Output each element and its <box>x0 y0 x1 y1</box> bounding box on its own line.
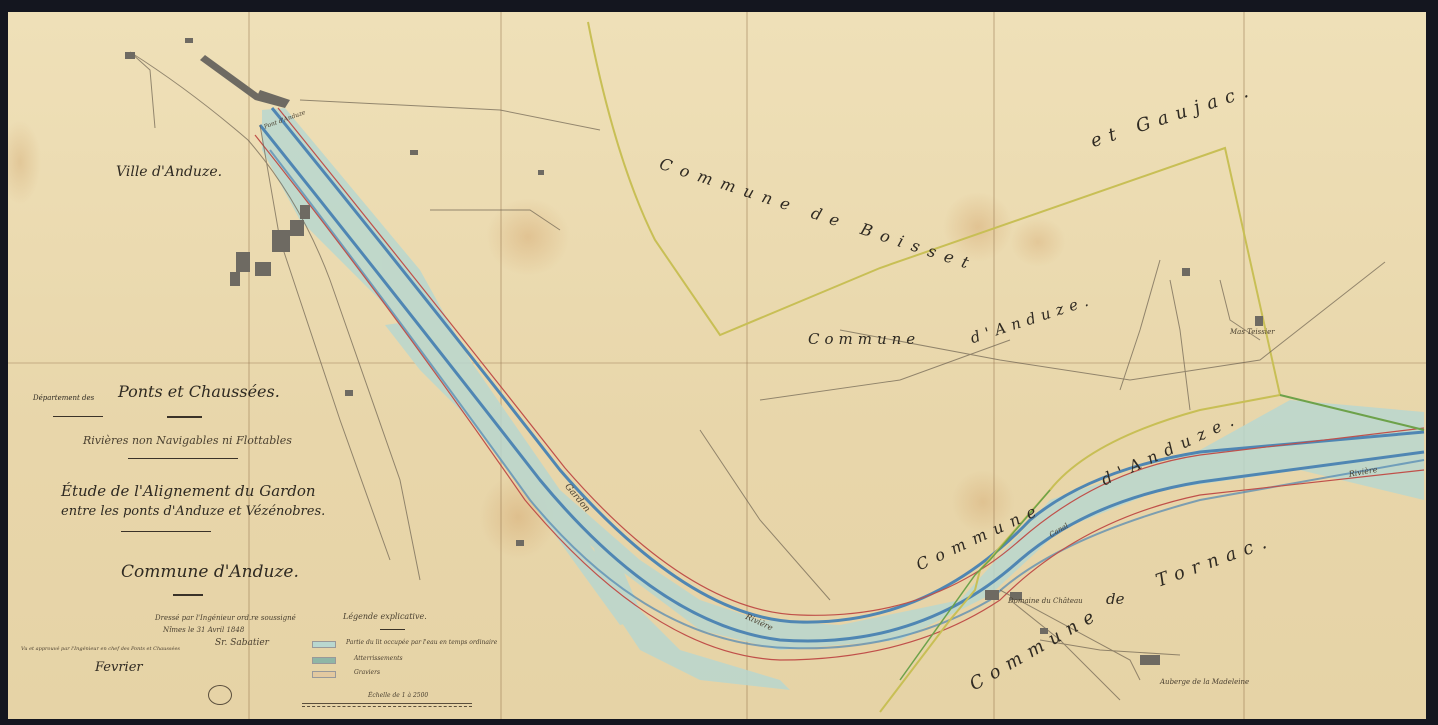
label-commune-anduze-north: Commune <box>808 330 920 348</box>
legend-swatch-graviers <box>312 671 336 678</box>
approval-signature: Fevrier <box>95 660 143 675</box>
divider <box>173 594 203 596</box>
label-auberge: Auberge de la Madeleine <box>1160 678 1249 686</box>
map-paper: Ville d'Anduze. Commune de Boisset et Ga… <box>8 12 1426 719</box>
scale-label: Échelle de 1 à 2500 <box>368 692 428 699</box>
commune-title: Commune d'Anduze. <box>121 562 299 582</box>
scale-bar <box>302 703 472 707</box>
signature-line-2: Nîmes le 31 Avril 1848 <box>163 626 244 634</box>
alignment-lines <box>255 108 1424 660</box>
seal-stamp <box>208 685 232 705</box>
divider <box>380 629 405 630</box>
label-domaine: Domaine du Château <box>1008 597 1083 605</box>
map-drawing <box>8 12 1426 719</box>
label-ville-anduze: Ville d'Anduze. <box>116 164 222 180</box>
legend: Légende explicative. Partie du lit occup… <box>298 602 498 712</box>
label-de-tornac: de <box>1106 590 1124 608</box>
legend-label-graviers: Graviers <box>354 669 380 676</box>
label-mas: Mas Teissier <box>1230 328 1275 336</box>
approval-line: Vu et approuvé par l'Ingénieur en chef d… <box>21 646 180 652</box>
legend-label-atterrissements: Atterrissements <box>354 655 403 662</box>
title-line-2: entre les ponts d'Anduze et Vézénobres. <box>61 504 325 519</box>
signature-line-1: Dressé par l'Ingénieur ord.re soussigné <box>155 614 296 622</box>
department-main: Ponts et Chaussées. <box>118 382 280 401</box>
legend-title: Légende explicative. <box>343 612 427 621</box>
service-label: Rivières non Navigables ni Flottables <box>83 434 292 447</box>
title-line-1: Étude de l'Alignement du Gardon <box>61 482 316 500</box>
divider <box>121 531 211 532</box>
signature-name: Sr. Sabatier <box>215 638 269 648</box>
legend-swatch-water <box>312 641 336 648</box>
department-small: Département des <box>33 394 94 402</box>
divider <box>167 416 202 418</box>
divider <box>128 458 238 459</box>
legend-label-water: Partie du lit occupée par l'eau en temps… <box>346 639 497 646</box>
legend-swatch-atterrissements <box>312 657 336 664</box>
divider <box>53 416 103 417</box>
